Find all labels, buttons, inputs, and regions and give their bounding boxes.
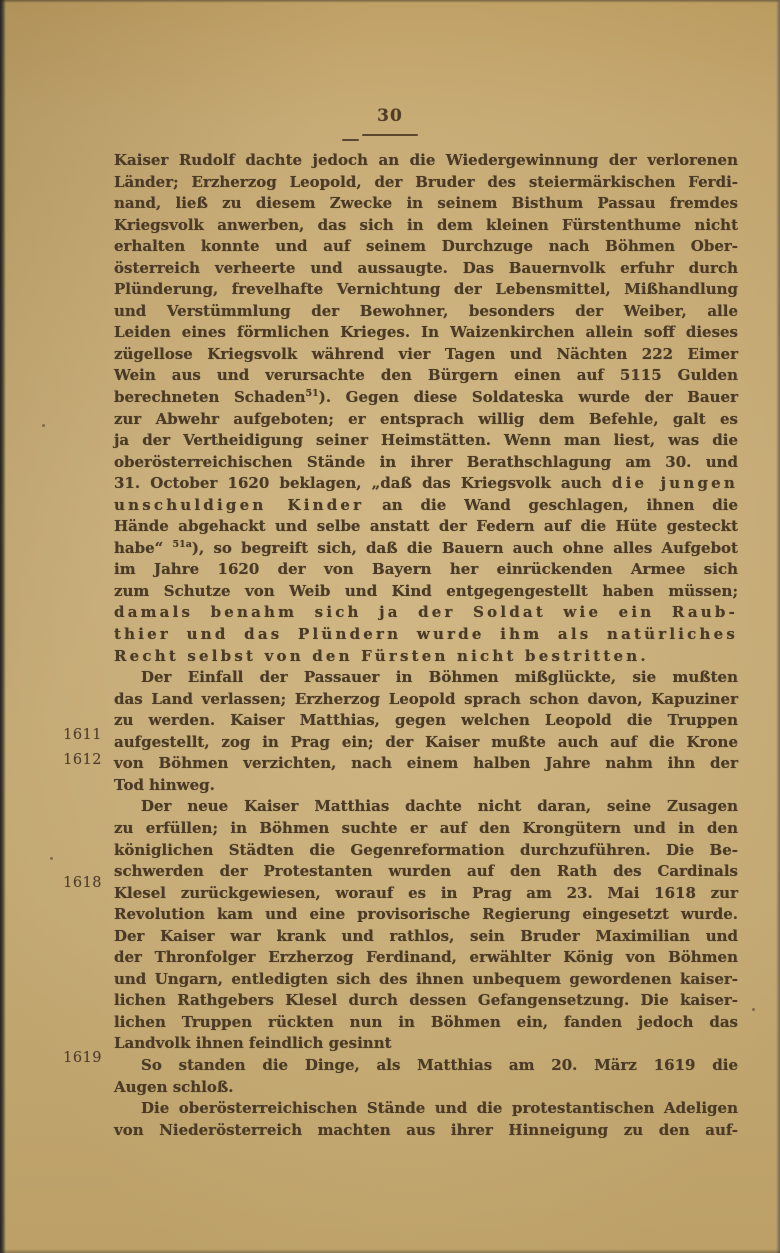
text-line: Revolution kam und eine provisorische Re… <box>114 904 738 926</box>
text-line: nand, ließ zu diesem Zwecke in seinem Bi… <box>114 193 738 215</box>
scan-edge-left <box>0 0 6 1253</box>
scan-edge-top <box>0 0 780 3</box>
text-line: Landvolk ihnen feindlich gesinnt <box>114 1033 738 1055</box>
scan-speck <box>752 1008 755 1011</box>
margin-year-1612: 1612 <box>38 752 102 768</box>
text-line: Länder; Erzherzog Leopold, der Bruder de… <box>114 172 738 194</box>
text-line: zu erfüllen; in Böhmen suchte er auf den… <box>114 818 738 840</box>
margin-year-1618: 1618 <box>38 875 102 891</box>
text-line: Leiden eines förmlichen Krieges. In Waiz… <box>114 322 738 344</box>
text-line: Augen schloß. <box>114 1077 738 1099</box>
text-line: Der Einfall der Passauer in Böhmen mißgl… <box>114 667 738 689</box>
margin-year-1619: 1619 <box>38 1050 102 1066</box>
text-line: Die oberösterreichischen Stände und die … <box>114 1098 738 1120</box>
text-line: Plünderung, frevelhafte Vernichtung der … <box>114 279 738 301</box>
text-line: Kriegsvolk anwerben, das sich in dem kle… <box>114 215 738 237</box>
scan-speck <box>42 424 45 427</box>
margin-year-1611: 1611 <box>38 727 102 743</box>
text-block: Kaiser Rudolf dachte jedoch an die Wiede… <box>114 150 738 1141</box>
text-line: Klesel zurückgewiesen, worauf es in Prag… <box>114 883 738 905</box>
page-number: 30 <box>340 106 440 126</box>
scan-artifact-dash <box>342 139 359 141</box>
text-line: zum Schutze von Weib und Kind entgegenge… <box>114 581 738 603</box>
text-line: und Verstümmlung der Bewohner, besonders… <box>114 301 738 323</box>
text-line: der Thronfolger Erzherzog Ferdinand, erw… <box>114 947 738 969</box>
text-line: zu werden. Kaiser Matthias, gegen welche… <box>114 710 738 732</box>
text-line: Tod hinweg. <box>114 775 738 797</box>
text-line: 31. October 1620 beklagen, „daß das Krie… <box>114 473 738 495</box>
text-line: königlichen Städten die Gegenreformation… <box>114 840 738 862</box>
text-line: österreich verheerte und aussaugte. Das … <box>114 258 738 280</box>
text-line: schwerden der Protestanten wurden auf de… <box>114 861 738 883</box>
text-line: von Böhmen verzichten, nach einem halben… <box>114 753 738 775</box>
text-line: zügellose Kriegsvolk während vier Tagen … <box>114 344 738 366</box>
text-line: unschuldigen Kinder an die Wand geschlag… <box>114 495 738 517</box>
scan-edge-right <box>776 0 780 1253</box>
text-line: So standen die Dinge, als Matthias am 20… <box>114 1055 738 1077</box>
page-number-rule <box>362 134 418 136</box>
text-line: Kaiser Rudolf dachte jedoch an die Wiede… <box>114 150 738 172</box>
text-line: erhalten konnte und auf seinem Durchzuge… <box>114 236 738 258</box>
text-line: berechneten Schaden51). Gegen diese Sold… <box>114 387 738 409</box>
text-line: Der Kaiser war krank und rathlos, sein B… <box>114 926 738 948</box>
scan-edge-bottom <box>0 1249 780 1253</box>
text-line: Recht selbst von den Fürsten nicht bestr… <box>114 646 738 668</box>
scan-speck <box>50 857 53 860</box>
text-line: Der neue Kaiser Matthias dachte nicht da… <box>114 796 738 818</box>
text-line: von Niederösterreich machten aus ihrer H… <box>114 1120 738 1142</box>
text-line: Hände abgehackt und selbe anstatt der Fe… <box>114 516 738 538</box>
text-line: ja der Vertheidigung seiner Heimstätten.… <box>114 430 738 452</box>
text-line: oberösterreichischen Stände in ihrer Ber… <box>114 452 738 474</box>
text-line: damals benahm sich ja der Soldat wie ein… <box>114 602 738 624</box>
text-line: das Land verlassen; Erzherzog Leopold sp… <box>114 689 738 711</box>
text-line: lichen Truppen rückten nun in Böhmen ein… <box>114 1012 738 1034</box>
text-line: zur Abwehr aufgeboten; er entsprach will… <box>114 409 738 431</box>
text-line: und Ungarn, entledigten sich des ihnen u… <box>114 969 738 991</box>
text-line: habe“ 51a), so begreift sich, daß die Ba… <box>114 538 738 560</box>
page-header: 30 <box>340 106 440 126</box>
text-line: lichen Rathgebers Klesel durch dessen Ge… <box>114 990 738 1012</box>
text-line: Wein aus und verursachte den Bürgern ein… <box>114 365 738 387</box>
text-line: thier und das Plündern wurde ihm als nat… <box>114 624 738 646</box>
text-line: aufgestellt, zog in Prag ein; der Kaiser… <box>114 732 738 754</box>
scanned-book-page: 30 1611 1612 1618 1619 Kaiser Rudolf dac… <box>0 0 780 1253</box>
text-line: im Jahre 1620 der von Bayern her einrück… <box>114 559 738 581</box>
